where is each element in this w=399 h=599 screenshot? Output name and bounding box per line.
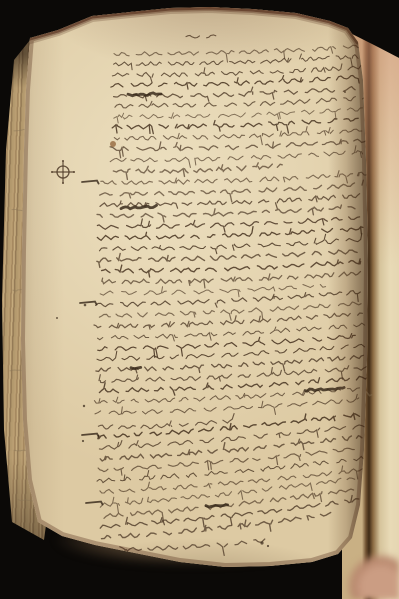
handwriting-line <box>97 344 365 360</box>
strikethrough-blot <box>131 367 141 368</box>
ink-speck <box>110 141 116 147</box>
handwriting-line <box>97 250 357 267</box>
handwriting-line <box>98 414 234 429</box>
ink-speck <box>84 304 87 307</box>
strikethrough-blot <box>305 388 344 392</box>
handwriting-line <box>98 323 365 341</box>
handwriting-line <box>114 127 361 145</box>
handwriting-line <box>114 108 363 123</box>
handwriting-line <box>102 259 361 277</box>
circled-cross-collation-mark <box>51 160 75 184</box>
paragraph-dash-mark <box>80 302 97 305</box>
handwriting-line <box>115 97 366 108</box>
handwriting-line <box>113 163 282 180</box>
paragraph-dash-mark <box>82 181 99 184</box>
strikethrough-blot <box>128 93 161 96</box>
handwriting-line <box>114 54 358 70</box>
collation-mark-tip-dot <box>62 160 64 162</box>
ink-speck <box>56 317 58 319</box>
handwriting-line <box>112 64 361 83</box>
handwriting-line <box>101 171 369 185</box>
ink-speck <box>260 541 263 544</box>
strikethrough-blot <box>121 205 157 209</box>
handwriting-line <box>97 227 363 241</box>
heading-word-squiggle <box>186 35 216 38</box>
handwriting-line <box>98 447 360 476</box>
handwriting-line <box>97 217 359 232</box>
handwriting-line <box>98 414 360 439</box>
ink-speck <box>82 440 84 442</box>
handwriting-line <box>114 45 360 62</box>
handwriting-line <box>112 118 358 133</box>
ink-speck <box>267 545 269 547</box>
manuscript-photo <box>0 0 399 599</box>
handwriting-line <box>102 272 368 288</box>
handwriting-line <box>100 285 325 297</box>
ink-speck <box>83 405 85 407</box>
strikethrough-blot <box>206 505 228 507</box>
handwriting-line <box>100 180 364 202</box>
page-edge-stain-rim <box>21 7 368 567</box>
handwriting-line <box>96 355 363 373</box>
collation-mark-tip-dot <box>51 171 53 173</box>
handwriting-ink-layer <box>0 0 399 599</box>
collation-mark-tip-dot <box>73 171 75 173</box>
paragraph-dash-mark <box>82 434 99 437</box>
collation-mark-tip-dot <box>62 182 64 184</box>
handwriting-line <box>97 456 363 482</box>
handwriting-line <box>100 478 354 513</box>
handwriting-line <box>100 194 360 209</box>
handwriting-line <box>95 394 359 414</box>
handwriting-line <box>99 376 367 395</box>
paragraph-dash-mark <box>86 502 103 505</box>
handwriting-line <box>111 75 364 89</box>
ink-speck <box>344 91 346 93</box>
handwriting-line <box>94 313 362 329</box>
